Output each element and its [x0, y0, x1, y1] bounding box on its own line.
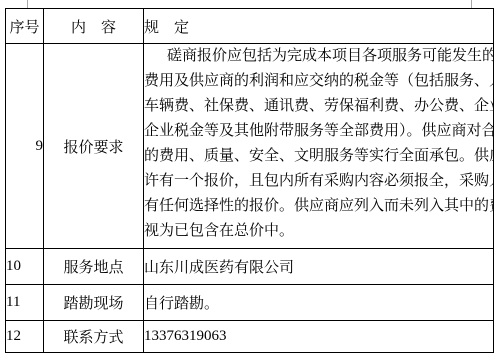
regulation-line: 的费用、质量、安全、文明服务等实行全面承包。供应商只允 [144, 144, 493, 169]
regulation-line: 费用及供应商的利润和应交纳的税金等（包括服务、人员工资、 [144, 69, 493, 94]
regulation-line: 企业税金等及其他附带服务等全部费用）。供应商对合同内容 [144, 119, 493, 144]
header-content: 内 容 [44, 9, 144, 44]
content-cell: 踏勘现场 [44, 285, 144, 321]
regulation-cell: 自行踏勘。 [144, 285, 494, 321]
regulation-cell: 磋商报价应包括为完成本项目各项服务可能发生的全部费用及供应商的利润和应交纳的税金… [144, 44, 494, 249]
content-cell: 报价要求 [44, 44, 144, 249]
header-serial: 序号 [6, 9, 44, 44]
regulation-paragraph: 磋商报价应包括为完成本项目各项服务可能发生的全部费用及供应商的利润和应交纳的税金… [144, 44, 493, 244]
serial-cell: 12 [6, 321, 44, 353]
content-cell: 服务地点 [44, 249, 144, 285]
requirements-table: 序号 内 容 规 定 9 报价要求 磋商报价应包括为完成本项目各项服务可能发生的… [5, 8, 494, 353]
regulation-cell: 山东川成医药有限公司 [144, 249, 494, 285]
table-header-row: 序号 内 容 规 定 [6, 9, 494, 44]
regulation-cell: 13376319063 [144, 321, 494, 353]
document-page: 序号 内 容 规 定 9 报价要求 磋商报价应包括为完成本项目各项服务可能发生的… [0, 0, 501, 360]
serial-cell: 11 [6, 285, 44, 321]
regulation-line: 视为已包含在总价中。 [144, 219, 493, 244]
serial-cell: 9 [6, 44, 44, 249]
regulation-line: 车辆费、社保费、通讯费、劳保福利费、办公费、企业利润、 [144, 94, 493, 119]
table-row: 10 服务地点 山东川成医药有限公司 [6, 249, 494, 285]
table-row: 11 踏勘现场 自行踏勘。 [6, 285, 494, 321]
regulation-line: 许有一个报价，且包内所有采购内容必须报全，采购人不接受 [144, 169, 493, 194]
upper-gridline-tick-left [27, 0, 28, 8]
table-row: 9 报价要求 磋商报价应包括为完成本项目各项服务可能发生的全部费用及供应商的利润… [6, 44, 494, 249]
upper-gridline-tick-right [471, 0, 472, 8]
content-cell: 联系方式 [44, 321, 144, 353]
regulation-line: 磋商报价应包括为完成本项目各项服务可能发生的全部 [144, 44, 493, 69]
regulation-line: 有任何选择性的报价。供应商应列入而未列入其中的费用，均 [144, 194, 493, 219]
table-row: 12 联系方式 13376319063 [6, 321, 494, 353]
serial-cell: 10 [6, 249, 44, 285]
header-regulation: 规 定 [144, 9, 494, 44]
